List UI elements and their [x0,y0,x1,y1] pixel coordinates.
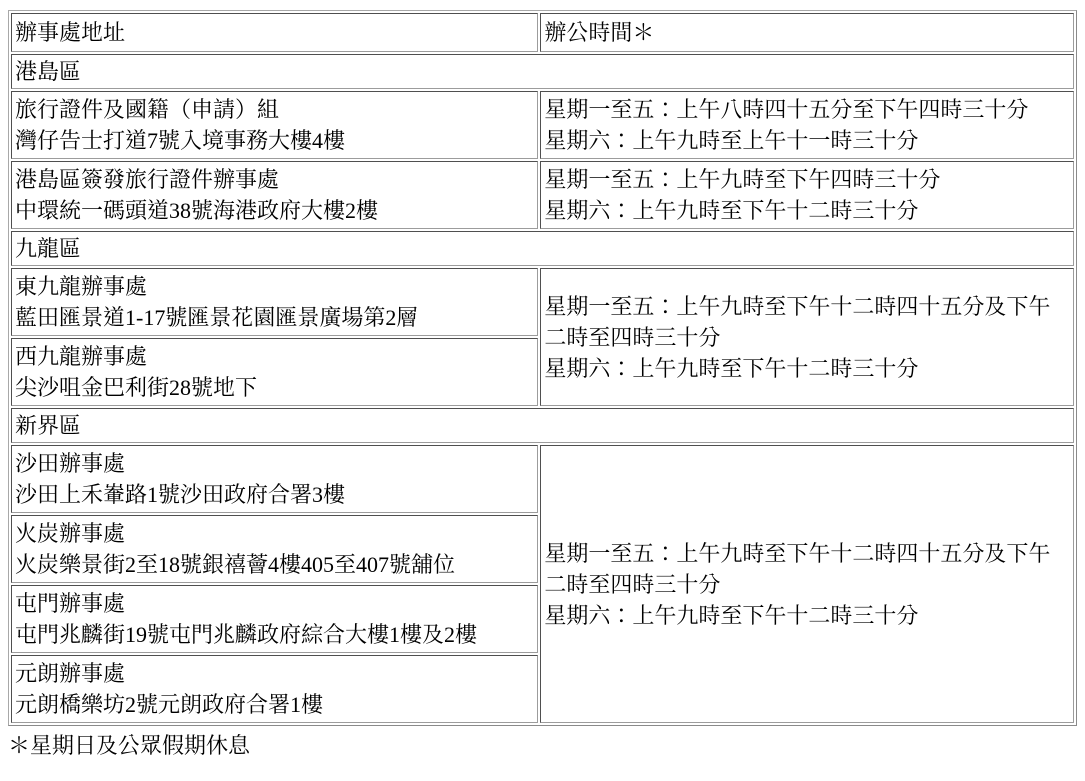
page: 辦事處地址 辦公時間＊ 港島區 旅行證件及國籍（申請）組 灣仔告士打道7號入境事… [0,0,1085,781]
office-name: 西九龍辦事處 [15,341,534,372]
office-hours-table: 辦事處地址 辦公時間＊ 港島區 旅行證件及國籍（申請）組 灣仔告士打道7號入境事… [8,10,1077,726]
office-name: 元朗辦事處 [15,658,534,689]
closed-days-footnote: ＊星期日及公眾假期休息 [8,732,1077,760]
office-address-cell: 港島區簽發旅行證件辦事處 中環統一碼頭道38號海港政府大樓2樓 [11,161,538,229]
header-office-address: 辦事處地址 [11,13,538,52]
office-address: 尖沙咀金巴利街28號地下 [15,372,534,403]
region-label: 九龍區 [11,231,1074,266]
office-address-cell: 火炭辦事處 火炭樂景街2至18號銀禧薈4樓405至407號舖位 [11,515,538,583]
office-address-cell: 西九龍辦事處 尖沙咀金巴利街28號地下 [11,338,538,406]
table-header-row: 辦事處地址 辦公時間＊ [11,13,1074,52]
office-row: 旅行證件及國籍（申請）組 灣仔告士打道7號入境事務大樓4樓 星期一至五：上午八時… [11,91,1074,159]
shared-hours-cell: 星期一至五：上午九時至下午十二時四十五分及下午二時至四時三十分 星期六：上午九時… [540,445,1074,723]
office-address-cell: 旅行證件及國籍（申請）組 灣仔告士打道7號入境事務大樓4樓 [11,91,538,159]
office-hours: 星期一至五：上午九時至下午十二時四十五分及下午二時至四時三十分 星期六：上午九時… [544,291,1070,384]
region-label: 新界區 [11,408,1074,443]
office-name: 港島區簽發旅行證件辦事處 [15,164,534,195]
office-hours-cell: 星期一至五：上午九時至下午四時三十分 星期六：上午九時至下午十二時三十分 [540,161,1074,229]
office-address: 藍田匯景道1-17號匯景花園匯景廣場第2層 [15,302,534,333]
section-row-new-territories: 新界區 [11,408,1074,443]
office-address: 沙田上禾輋路1號沙田政府合署3樓 [15,479,534,510]
office-name: 東九龍辦事處 [15,271,534,302]
office-address: 中環統一碼頭道38號海港政府大樓2樓 [15,195,534,226]
office-address-cell: 元朗辦事處 元朗橋樂坊2號元朗政府合署1樓 [11,655,538,723]
office-name: 屯門辦事處 [15,588,534,619]
office-address-cell: 沙田辦事處 沙田上禾輋路1號沙田政府合署3樓 [11,445,538,513]
office-hours: 星期一至五：上午八時四十五分至下午四時三十分 星期六：上午九時至上午十一時三十分 [544,94,1070,156]
office-address: 元朗橋樂坊2號元朗政府合署1樓 [15,689,534,720]
office-address-cell: 屯門辦事處 屯門兆麟街19號屯門兆麟政府綜合大樓1樓及2樓 [11,585,538,653]
header-office-hours: 辦公時間＊ [540,13,1074,52]
section-row-hk-island: 港島區 [11,54,1074,89]
office-hours: 星期一至五：上午九時至下午四時三十分 星期六：上午九時至下午十二時三十分 [544,164,1070,226]
office-address: 火炭樂景街2至18號銀禧薈4樓405至407號舖位 [15,549,534,580]
office-hours-cell: 星期一至五：上午八時四十五分至下午四時三十分 星期六：上午九時至上午十一時三十分 [540,91,1074,159]
office-address-cell: 東九龍辦事處 藍田匯景道1-17號匯景花園匯景廣場第2層 [11,268,538,336]
office-row: 東九龍辦事處 藍田匯景道1-17號匯景花園匯景廣場第2層 星期一至五：上午九時至… [11,268,1074,336]
region-label: 港島區 [11,54,1074,89]
section-row-kowloon: 九龍區 [11,231,1074,266]
office-address: 屯門兆麟街19號屯門兆麟政府綜合大樓1樓及2樓 [15,619,534,650]
office-hours: 星期一至五：上午九時至下午十二時四十五分及下午二時至四時三十分 星期六：上午九時… [544,538,1070,631]
office-name: 火炭辦事處 [15,518,534,549]
office-address: 灣仔告士打道7號入境事務大樓4樓 [15,125,534,156]
office-name: 旅行證件及國籍（申請）組 [15,94,534,125]
office-row: 港島區簽發旅行證件辦事處 中環統一碼頭道38號海港政府大樓2樓 星期一至五：上午… [11,161,1074,229]
office-name: 沙田辦事處 [15,448,534,479]
office-row: 沙田辦事處 沙田上禾輋路1號沙田政府合署3樓 星期一至五：上午九時至下午十二時四… [11,445,1074,513]
shared-hours-cell: 星期一至五：上午九時至下午十二時四十五分及下午二時至四時三十分 星期六：上午九時… [540,268,1074,406]
